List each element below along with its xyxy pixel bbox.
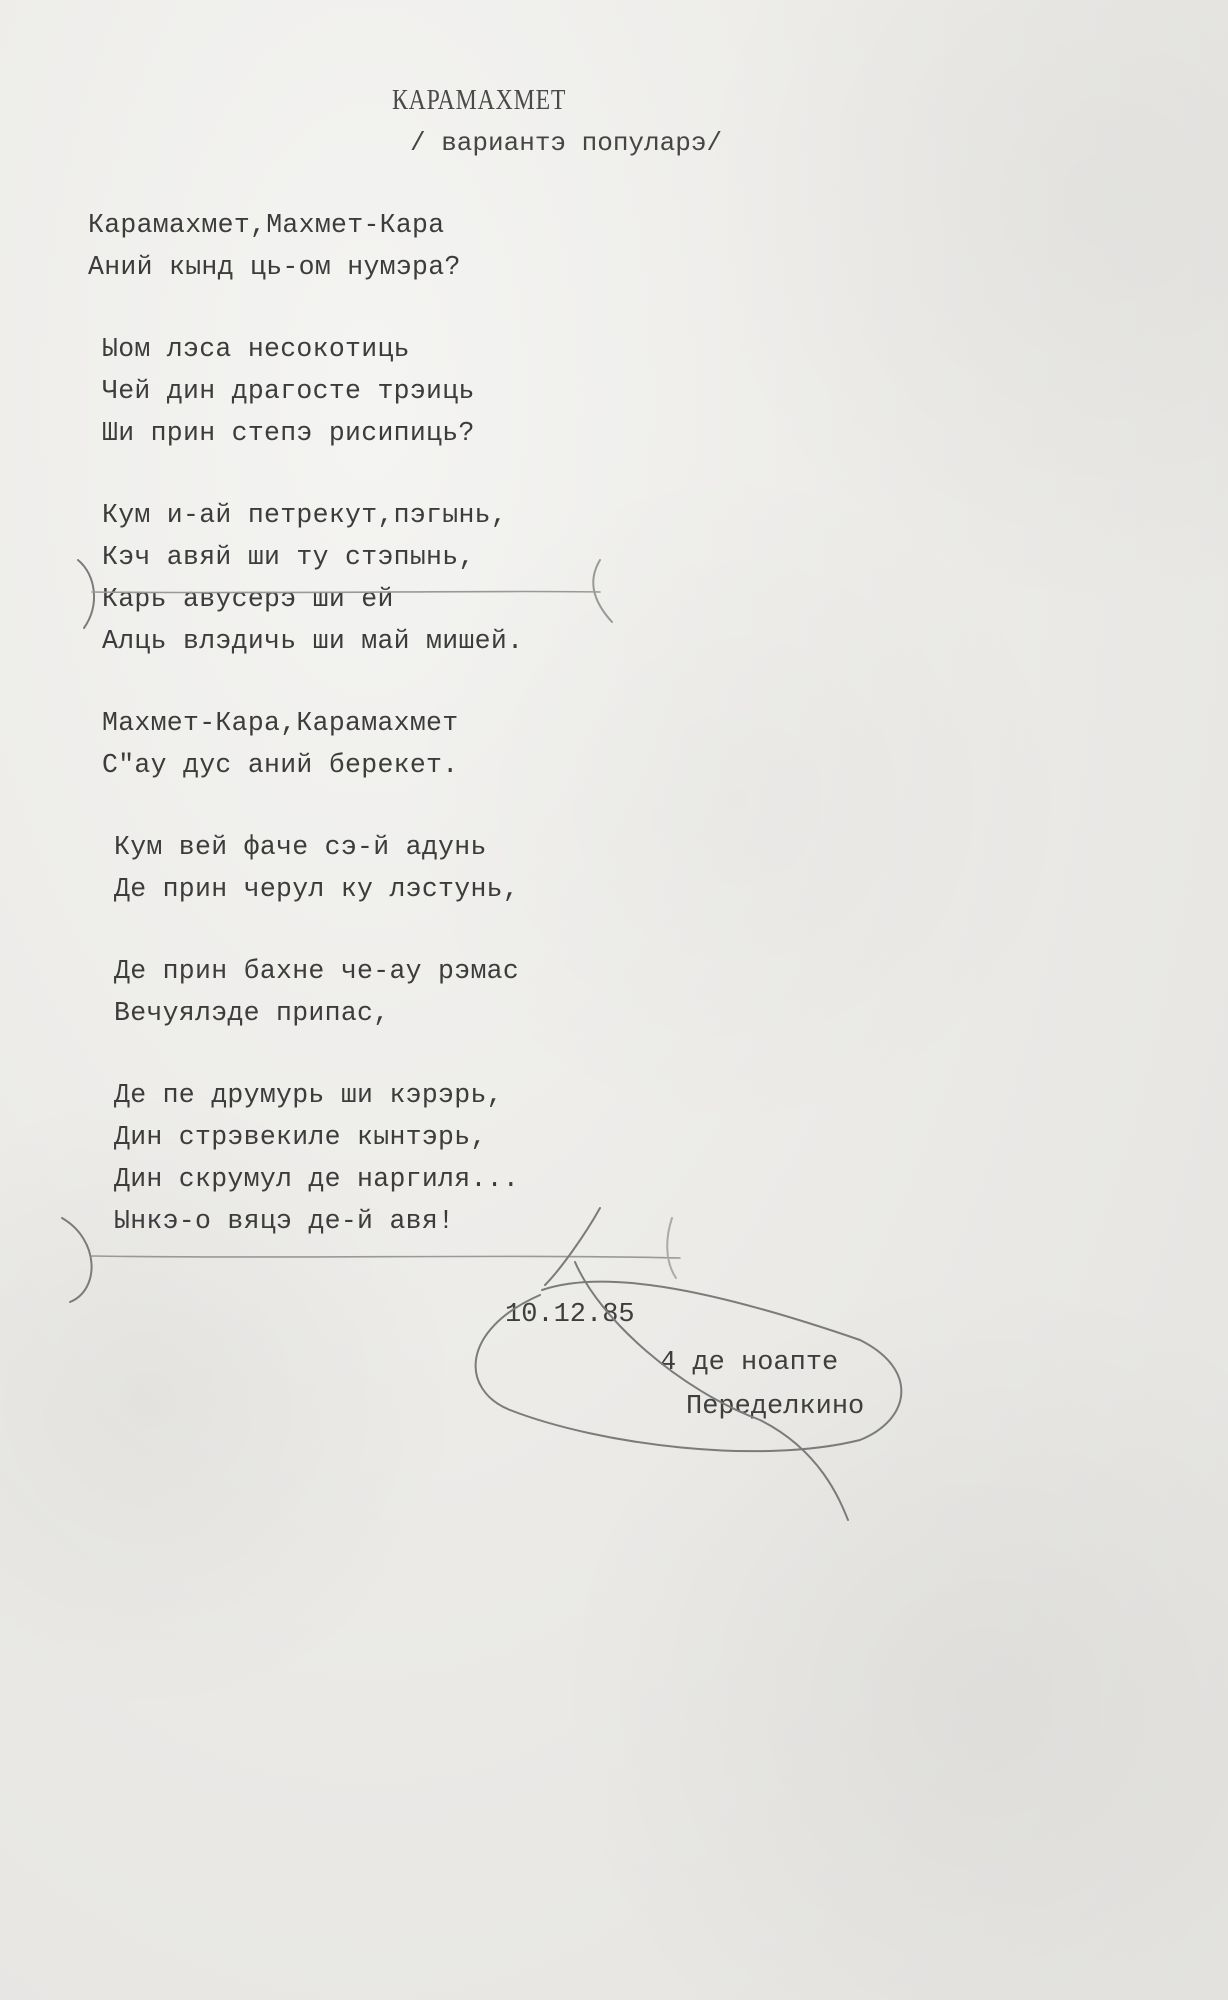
poem-line: Де пе друмурь ши кэрэрь,	[114, 1074, 523, 1116]
time-note: 4 де ноапте	[660, 1348, 838, 1378]
stanza: Махмет-Кара,Карамахмет С"ау дус аний бер…	[102, 702, 523, 786]
pencil-tick	[667, 1218, 676, 1278]
poem-line: Кум вей фаче сэ-й адунь	[114, 826, 523, 868]
poem-line: Аний кынд ць-ом нумэра?	[88, 246, 523, 288]
poem-body: Карамахмет,Махмет-Кара Аний кынд ць-ом н…	[88, 204, 523, 1282]
poem-line: Ши прин степэ рисипиць?	[102, 412, 523, 454]
poem-title: КАРАМАХМЕТ	[392, 84, 566, 117]
poem-line: Кэч авяй ши ту стэпынь,	[102, 536, 523, 578]
poem-line: Алць влэдичь ши май мишей.	[102, 620, 523, 662]
stanza: Карамахмет,Махмет-Кара Аний кынд ць-ом н…	[88, 204, 523, 288]
poem-line: Махмет-Кара,Карамахмет	[102, 702, 523, 744]
poem-line: Ыом лэса несокотиць	[102, 328, 523, 370]
pencil-slash	[545, 1208, 600, 1285]
poem-line: Дин стрэвекиле кынтэрь,	[114, 1116, 523, 1158]
pencil-bracket-right	[593, 560, 612, 622]
stanza: Кум и-ай петрекут,пэгынь, Кэч авяй ши ту…	[102, 494, 523, 662]
stanza: Кум вей фаче сэ-й адунь Де прин черул ку…	[114, 826, 523, 910]
poem-subtitle: / вариантэ популарэ/	[410, 128, 722, 158]
stanza: Де прин бахне че-ау рэмас Вечуялэде прип…	[114, 950, 523, 1034]
poem-line: С"ау дус аний берекет.	[102, 744, 523, 786]
poem-line: Дин скрумул де наргиля...	[114, 1158, 523, 1200]
poem-line: Карамахмет,Махмет-Кара	[88, 204, 523, 246]
stanza: Ыом лэса несокотиць Чей дин драгосте трэ…	[102, 328, 523, 454]
poem-line: Де прин бахне че-ау рэмас	[114, 950, 523, 992]
poem-line: Ынкэ-о вяцэ де-й авя!	[114, 1200, 523, 1242]
date-stamp: 10.12.85	[505, 1300, 635, 1330]
poem-line: Чей дин драгосте трэиць	[102, 370, 523, 412]
poem-line: Карь авусерэ ши ей	[102, 578, 523, 620]
poem-line: Вечуялэде припас,	[114, 992, 523, 1034]
poem-line: Кум и-ай петрекут,пэгынь,	[102, 494, 523, 536]
poem-line: Де прин черул ку лэстунь,	[114, 868, 523, 910]
stanza: Де пе друмурь ши кэрэрь, Дин стрэвекиле …	[114, 1074, 523, 1242]
place-note: Переделкино	[686, 1392, 864, 1422]
